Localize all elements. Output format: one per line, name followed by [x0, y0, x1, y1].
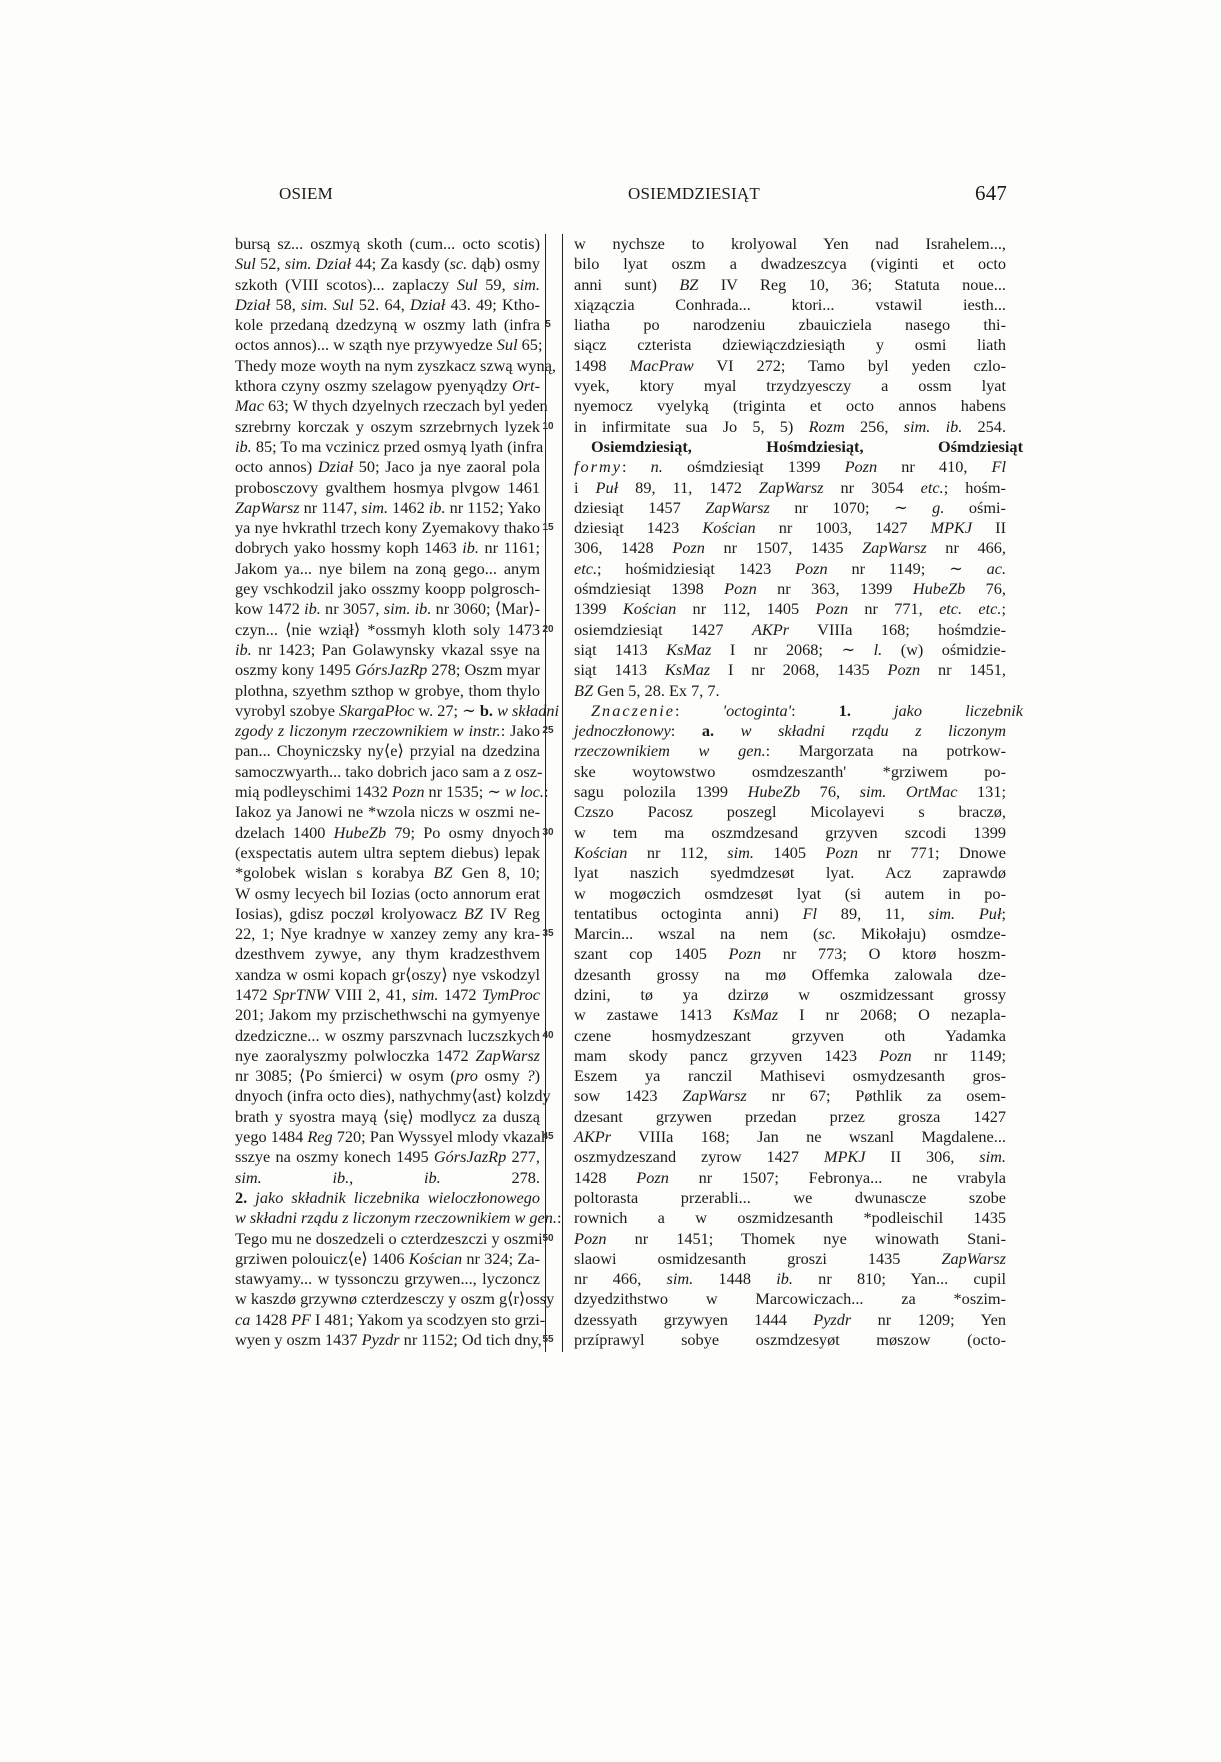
- text-run: Pozn: [574, 1229, 607, 1248]
- text-run: Fl: [992, 457, 1006, 476]
- text-run: 50; Jaco ja nye zaoral pola: [353, 457, 540, 476]
- text-run: dzelach 1400: [235, 823, 334, 842]
- text-run: dziesiąt 1423: [574, 518, 702, 537]
- text-run: ZapWarsz: [862, 538, 927, 557]
- text-run: dzyedzithstwo w Marcowiczach... za *oszi…: [574, 1289, 1006, 1308]
- text-run: ib.: [235, 437, 252, 456]
- text-line: w składni rządu z liczonym rzeczownikiem…: [235, 1208, 540, 1228]
- text-line: nye zaoralyszmy polwloczka 1472 ZapWarsz: [235, 1046, 540, 1066]
- text-line: dzesthvem zywye, any thym kradzesthvem: [235, 944, 540, 964]
- text-run: 58,: [270, 295, 301, 314]
- text-line: dziesiąt 1423 Kościan nr 1003, 1427 MPKJ…: [574, 518, 1006, 538]
- text-line: Eszem ya ranczil Mathisevi osmydzesanth …: [574, 1066, 1006, 1086]
- text-run: szrebrny korczak y oszym szrzebrnych lyz…: [235, 417, 540, 436]
- text-line: w kaszdø grzywnø czterdzesczy y oszm g⟨r…: [235, 1289, 540, 1309]
- text-run: 277,: [506, 1147, 540, 1166]
- text-line: zgody z liczonym rzeczownikiem w instr.:…: [235, 721, 540, 741]
- text-line: ib. 85; To ma vczinicz przed osmyą lyath…: [235, 437, 540, 457]
- text-line: osiemdziesiąt 1427 AKPr VIIIa 168; hośmd…: [574, 620, 1006, 640]
- text-line: mią podleyschimi 1432 Pozn nr 1535; ∼ w …: [235, 782, 540, 802]
- text-line: Osiemdziesiąt, Hośmdziesiąt, Ośmdziesiąt: [574, 437, 1023, 457]
- text-run: BZ: [679, 275, 698, 294]
- text-line: szkoth (VIII scotos)... zaplaczy Sul 59,…: [235, 275, 540, 295]
- text-run: 63; W thych dzyelnych rzeczach byl yeden: [264, 396, 548, 415]
- page-number: 647: [975, 181, 1007, 206]
- text-run: Dział: [410, 295, 445, 314]
- text-run: ośmdziesiąt 1398: [574, 579, 724, 598]
- text-run: 1472: [235, 985, 273, 1004]
- text-run: Pozn: [888, 660, 921, 679]
- text-line: przíprawyl sobye oszmdzesyøt møszow (oct…: [574, 1330, 1006, 1350]
- text-line: pan... Choyniczsky ny⟨e⟩ przyial na dzed…: [235, 741, 540, 761]
- line-number: 50: [534, 1233, 562, 1244]
- text-run: Mac: [235, 396, 264, 415]
- text-run: dobrych yako hossmy koph 1463: [235, 538, 462, 557]
- text-run: Pozn: [845, 457, 878, 476]
- text-run: grziwen polouicz⟨e⟩ 1406: [235, 1249, 409, 1268]
- text-run: Jakom ya... nye bilem na zoną gego... an…: [235, 559, 540, 578]
- text-run: nr 810; Yan... cupil: [793, 1269, 1006, 1288]
- text-run: 720; Pan Wyssyel mlody vkazal: [333, 1127, 546, 1146]
- text-run: HubeZb: [334, 823, 386, 842]
- text-run: PF: [291, 1310, 311, 1329]
- line-number: 25: [534, 725, 562, 736]
- text-line: Znaczenie: 'octoginta': 1. jako liczebni…: [574, 701, 1023, 721]
- text-line: oszmydzeszand zyrow 1427 MPKJ II 306, si…: [574, 1147, 1006, 1167]
- text-run: lyat naszich syedmdzesøt lyat. Acz zapra…: [574, 863, 1006, 882]
- text-line: in infirmitate sua Jo 5, 5) Rozm 256, si…: [574, 417, 1006, 437]
- text-line: w nychsze to krolyowal Yen nad Israhelem…: [574, 234, 1006, 254]
- text-run: sim.: [361, 498, 388, 517]
- text-run: HubeZb: [748, 782, 800, 801]
- text-run: KsMaz: [666, 640, 711, 659]
- text-run: nr 466,: [574, 1269, 667, 1288]
- text-run: 1.: [839, 701, 851, 720]
- text-line: dzesant grzywen przedan przez grosza 142…: [574, 1107, 1006, 1127]
- text-run: ;: [1001, 904, 1006, 923]
- text-run: ZapWarsz: [705, 498, 770, 517]
- text-run: octo annos): [235, 457, 318, 476]
- column-divider-right: [562, 234, 563, 1352]
- text-run: i: [574, 478, 596, 497]
- text-line: sszye na oszmy konech 1495 GórsJazRp 277…: [235, 1147, 540, 1167]
- text-line: yego 1484 Reg 720; Pan Wyssyel mlody vka…: [235, 1127, 540, 1147]
- text-run: Kościan: [409, 1249, 462, 1268]
- text-line: dzini, tø ya dzirzø w oszmidzessant gros…: [574, 985, 1006, 1005]
- text-run: nr 67; Pøthlik za osem-: [747, 1086, 1006, 1105]
- text-run: Czszo Pacosz poszegl Micolayevi s braczø…: [574, 802, 1006, 821]
- text-run: BZ: [574, 681, 593, 700]
- text-run: :: [671, 721, 702, 740]
- text-line: ske woytowstwo osmdzeszanth' *grziwem po…: [574, 762, 1006, 782]
- text-run: nr 3057,: [321, 599, 384, 618]
- text-run: czene hosmydzeszant grzyven oth Yadamka: [574, 1026, 1006, 1045]
- text-run: ca: [235, 1310, 250, 1329]
- text-line: Dział 58, sim. Sul 52. 64, Dział 43. 49;…: [235, 295, 540, 315]
- text-run: sim.: [667, 1269, 694, 1288]
- text-line: w zastawe 1413 KsMaz I nr 2068; O nezapl…: [574, 1005, 1006, 1025]
- text-line: brath y syostra mayą ⟨się⟩ modlycz za du…: [235, 1107, 540, 1127]
- text-line: szrebrny korczak y oszym szrzebrnych lyz…: [235, 417, 540, 437]
- text-run: nr 1451; Thomek nye winowath Stani-: [607, 1229, 1006, 1248]
- text-run: oszmydzeszand zyrow 1427: [574, 1147, 824, 1166]
- text-line: dziesiąt 1457 ZapWarsz nr 1070; ∼ g. ośm…: [574, 498, 1006, 518]
- text-line: i Puł 89, 11, 1472 ZapWarsz nr 3054 etc.…: [574, 478, 1006, 498]
- text-run: poltorasta przerabli... we dwunascze szo…: [574, 1188, 1006, 1207]
- text-run: MacPraw: [630, 356, 694, 375]
- text-run: BZ: [464, 904, 483, 923]
- text-run: IV Reg 10, 36; Statuta noue...: [698, 275, 1006, 294]
- text-line: 1428 Pozn nr 1507; Febronya... ne vrabyl…: [574, 1168, 1006, 1188]
- text-run: mią podleyschimi 1432: [235, 782, 392, 801]
- text-run: 131;: [957, 782, 1006, 801]
- text-run: ZapWarsz: [759, 478, 824, 497]
- text-run: sim. Dział: [285, 254, 351, 273]
- text-run: rzeczownikiem w gen.: [574, 741, 766, 760]
- text-run: 76,: [965, 579, 1006, 598]
- text-run: dzesanth grossy na mø Offemka zalowala d…: [574, 965, 1006, 984]
- text-run: Marcin... wszal na nem (: [574, 924, 818, 943]
- text-line: dnyoch (infra octo dies), nathychmy⟨ast⟩…: [235, 1086, 540, 1106]
- text-line: 1399 Kościan nr 112, 1405 Pozn nr 771, e…: [574, 599, 1006, 619]
- text-run: tentatibus octoginta anni): [574, 904, 803, 923]
- text-run: I nr 2068; ∼: [711, 640, 873, 659]
- text-run: probosczovy gvalthem hosmya plvgow 1461: [235, 478, 540, 497]
- text-line: slaowi osmidzesanth groszi 1435 ZapWarsz: [574, 1249, 1006, 1269]
- left-text-column: bursą sz... oszmyą skoth (cum... octo sc…: [235, 234, 540, 1350]
- text-run: SprTNW: [273, 985, 329, 1004]
- text-run: 43. 49; Ktho-: [445, 295, 540, 314]
- text-run: w. 27; ∼: [414, 701, 480, 720]
- text-run: formy: [574, 457, 622, 476]
- text-run: nr 1149; ∼: [828, 559, 987, 578]
- text-line: siąt 1413 KsMaz I nr 2068; ∼ l. (w) ośmi…: [574, 640, 1006, 660]
- text-run: nr 1451,: [920, 660, 1006, 679]
- text-run: siącz czterista dziewiączdziesiąth y osm…: [574, 335, 1006, 354]
- text-run: Gen 5, 28. Ex 7, 7.: [593, 681, 720, 700]
- text-run: osiemdziesiąt 1427: [574, 620, 752, 639]
- text-run: Mikołaju) osmdze-: [836, 924, 1006, 943]
- text-run: I 481; Yakom ya scodzyen sto grzi-: [311, 1310, 545, 1329]
- text-run: w składni rządu z liczonym: [714, 721, 1006, 740]
- text-run: n.: [651, 457, 663, 476]
- text-line: dzelach 1400 HubeZb 79; Po osmy dnyoch: [235, 823, 540, 843]
- text-line: vyek, ktory myal trzydzyesczy a ossm lya…: [574, 376, 1006, 396]
- text-line: 1498 MacPraw VI 272; Tamo byl yeden czlo…: [574, 356, 1006, 376]
- text-run: sc.: [818, 924, 836, 943]
- text-run: nr 1535; ∼: [424, 782, 505, 801]
- text-run: I nr 2068, 1435: [710, 660, 887, 679]
- text-run: Ort-: [512, 376, 540, 395]
- text-run: Tego mu ne doszedzeli o czterdzeszczi y …: [235, 1229, 543, 1248]
- text-run: Pozn: [879, 1046, 912, 1065]
- text-line: rzeczownikiem w gen.: Margorzata na potr…: [574, 741, 1006, 761]
- text-line: nr 466, sim. 1448 ib. nr 810; Yan... cup…: [574, 1269, 1006, 1289]
- text-line: Jakom ya... nye bilem na zoną gego... an…: [235, 559, 540, 579]
- text-run: sc.: [450, 254, 468, 273]
- text-run: dnyoch (infra octo dies), nathychmy⟨ast⟩…: [235, 1086, 551, 1105]
- text-run: Pozn: [672, 538, 705, 557]
- text-line: 1472 SprTNW VIII 2, 41, sim. 1472 TymPro…: [235, 985, 540, 1005]
- text-run: mam skody pancz grzyven 1423: [574, 1046, 879, 1065]
- text-line: octos annos)... w sząth nye przywyedze S…: [235, 335, 540, 355]
- text-run: nr 1152; Yako: [446, 498, 541, 517]
- text-run: anni sunt): [574, 275, 679, 294]
- text-line: czene hosmydzeszant grzyven oth Yadamka: [574, 1026, 1006, 1046]
- text-run: Pozn: [795, 559, 828, 578]
- text-run: ?: [526, 1066, 534, 1085]
- text-line: nr 3085; ⟨Po śmierci⟩ w osym (pro osmy ?…: [235, 1066, 540, 1086]
- right-text-column: w nychsze to krolyowal Yen nad Israhelem…: [574, 234, 1006, 1350]
- text-run: Sul: [235, 254, 256, 273]
- text-run: siąt 1413: [574, 660, 665, 679]
- text-run: yego 1484: [235, 1127, 307, 1146]
- text-run: Kościan: [702, 518, 755, 537]
- text-run: nr 1209; Yen: [851, 1310, 1006, 1329]
- text-run: brath y syostra mayą ⟨się⟩ modlycz za du…: [235, 1107, 540, 1126]
- text-run: :: [791, 701, 839, 720]
- text-run: nr 1507, 1435: [705, 538, 862, 557]
- text-run: 85; To ma vczinicz przed osmyą lyath (in…: [252, 437, 544, 456]
- dictionary-page: OSIEM OSIEMDZIESIĄT 647 bursą sz... oszm…: [0, 0, 1221, 1762]
- text-run: VIIIa 168; hośmdzie-: [789, 620, 1006, 639]
- text-run: Pozn: [816, 599, 849, 618]
- text-line: jednoczłonowy: a. w składni rządu z licz…: [574, 721, 1006, 741]
- text-run: nr 363, 1399: [757, 579, 913, 598]
- text-run: jednoczłonowy: [574, 721, 671, 740]
- text-line: ca 1428 PF I 481; Yakom ya scodzyen sto …: [235, 1310, 540, 1330]
- text-run: 52,: [256, 254, 285, 273]
- text-line: ośmdziesiąt 1398 Pozn nr 363, 1399 HubeZ…: [574, 579, 1006, 599]
- text-run: gey vschkodzil jako osszmy koopp polgros…: [235, 579, 540, 598]
- text-run: VI 272; Tamo byl yeden czlo-: [694, 356, 1006, 375]
- text-run: 278; Oszm myar: [427, 660, 540, 679]
- text-run: TymProc: [482, 985, 540, 1004]
- text-run: (exspectatis autem ultra septem diebus) …: [235, 843, 540, 862]
- text-run: rownich a w oszmidzesanth *podleischil 1…: [574, 1208, 1006, 1227]
- text-run: w składni rządu z liczonym rzeczownikiem…: [235, 1208, 557, 1227]
- text-line: sim. ib., ib. 278.: [235, 1168, 540, 1188]
- text-run: pro: [456, 1066, 478, 1085]
- text-line: Pozn nr 1451; Thomek nye winowath Stani-: [574, 1229, 1006, 1249]
- text-run: AKPr: [574, 1127, 611, 1146]
- text-run: kole przedaną dzedzyną w oszmy lath (inf…: [235, 315, 540, 334]
- text-line: 201; Jakom my przischethwschi na gymyeny…: [235, 1005, 540, 1025]
- text-run: 59,: [478, 275, 514, 294]
- text-run: bilo lyat oszm a dwadzeszcya (viginti et…: [574, 254, 1006, 273]
- text-run: 1498: [574, 356, 630, 375]
- text-run: nr 112, 1405: [676, 599, 815, 618]
- text-line: oszmy kony 1495 GórsJazRp 278; Oszm myar: [235, 660, 540, 680]
- text-run: kthora czyny oszmy szelagow pyenyądzy: [235, 376, 512, 395]
- text-line: bilo lyat oszm a dwadzeszcya (viginti et…: [574, 254, 1006, 274]
- text-run: nr 771; Dnowe: [858, 843, 1006, 862]
- text-run: Kościan: [623, 599, 676, 618]
- text-run: sim. OrtMac: [860, 782, 958, 801]
- text-line: Iosias), gdisz poczøl krolyowacz BZ IV R…: [235, 904, 540, 924]
- text-run: etc.: [921, 478, 944, 497]
- text-run: w zastawe 1413: [574, 1005, 733, 1024]
- text-run: Pozn: [724, 579, 757, 598]
- text-run: I nr 2068; O nezapla-: [778, 1005, 1006, 1024]
- text-run: sim. ib., ib.: [235, 1168, 441, 1187]
- text-run: bursą sz... oszmyą skoth (cum... octo sc…: [235, 234, 540, 253]
- text-run: nr 773; O ktorø hoszm-: [761, 944, 1006, 963]
- text-run: Pozn: [825, 843, 858, 862]
- text-run: g.: [932, 498, 944, 517]
- text-run: siąt 1413: [574, 640, 666, 659]
- text-run: 1428: [250, 1310, 291, 1329]
- text-run: sim.: [727, 843, 754, 862]
- text-run: nr 3060; ⟨Mar⟩-: [431, 599, 540, 618]
- text-line: Czszo Pacosz poszegl Micolayevi s braczø…: [574, 802, 1006, 822]
- text-line: samoczwyarth... tako dobrich jaco sam a …: [235, 762, 540, 782]
- text-line: ZapWarsz nr 1147, sim. 1462 ib. nr 1152;…: [235, 498, 540, 518]
- text-run: 22, 1; Nye kradnye w xanzey zemy any kra…: [235, 924, 540, 943]
- text-run: Reg: [307, 1127, 332, 1146]
- text-run: 278.: [441, 1168, 540, 1187]
- text-run: 201; Jakom my przischethwschi na gymyeny…: [235, 1005, 540, 1024]
- text-line: mam skody pancz grzyven 1423 Pozn nr 114…: [574, 1046, 1006, 1066]
- text-run: w składni: [493, 701, 559, 720]
- text-run: ya nye hvkrathl trzech kony Zyemakovy th…: [235, 518, 540, 537]
- text-run: 79; Po osmy dnyoch: [386, 823, 540, 842]
- text-run: czyn... ⟨nie wziął⟩ *ossmyh kloth soly 1…: [235, 620, 540, 639]
- text-run: ZapWarsz: [682, 1086, 747, 1105]
- text-line: w tem ma oszmdzesand grzyven szcodi 1399: [574, 823, 1006, 843]
- text-run: dzesthvem zywye, any thym kradzesthvem: [235, 944, 540, 963]
- text-run: nr 3085; ⟨Po śmierci⟩ w osym (: [235, 1066, 456, 1085]
- left-running-head: OSIEM: [279, 184, 333, 204]
- text-run: ; hośm-: [944, 478, 1006, 497]
- text-line: dobrych yako hossmy koph 1463 ib. nr 116…: [235, 538, 540, 558]
- text-run: 44; Za kasdy (: [351, 254, 450, 273]
- text-run: dziesiąt 1457: [574, 498, 705, 517]
- text-line: probosczovy gvalthem hosmya plvgow 1461: [235, 478, 540, 498]
- text-line: *golobek wislan s korabya BZ Gen 8, 10;: [235, 863, 540, 883]
- text-run: nr 1161;: [479, 538, 540, 557]
- text-line: czyn... ⟨nie wziął⟩ *ossmyh kloth soly 1…: [235, 620, 540, 640]
- text-run: : Margorzata na potrkow-: [766, 741, 1006, 760]
- text-line: nyemocz vyelyką (triginta et octo annos …: [574, 396, 1006, 416]
- text-line: octo annos) Dział 50; Jaco ja nye zaoral…: [235, 457, 540, 477]
- text-line: dzyedzithstwo w Marcowiczach... za *oszi…: [574, 1289, 1006, 1309]
- text-line: kow 1472 ib. nr 3057, sim. ib. nr 3060; …: [235, 599, 540, 619]
- text-run: w tem ma oszmdzesand grzyven szcodi 1399: [574, 823, 1006, 842]
- text-run: Sul: [497, 335, 518, 354]
- text-run: nr 410,: [877, 457, 991, 476]
- text-run: wyen y oszm 1437: [235, 1330, 362, 1349]
- text-run: Pozn: [392, 782, 425, 801]
- text-run: Puł: [596, 478, 619, 497]
- text-line: Thedy moze woyth na nym zyszkacz szwą wy…: [235, 356, 540, 376]
- line-number: 20: [534, 624, 562, 635]
- text-line: xiązączia Conhrada... ktori... vstawil i…: [574, 295, 1006, 315]
- text-run: 65;: [518, 335, 543, 354]
- text-run: 2.: [235, 1188, 247, 1207]
- text-run: w kaszdø grzywnø czterdzesczy y oszm g⟨r…: [235, 1289, 554, 1308]
- text-line: ya nye hvkrathl trzech kony Zyemakovy th…: [235, 518, 540, 538]
- text-run: nr 1423; Pan Golawynsky vkazal ssye na: [252, 640, 540, 659]
- text-line: Mac 63; W thych dzyelnych rzeczach byl y…: [235, 396, 540, 416]
- text-line: lyat naszich syedmdzesøt lyat. Acz zapra…: [574, 863, 1006, 883]
- text-run: w mogøczich osmdzesøt lyat (si autem in …: [574, 884, 1006, 903]
- text-run: w loc.: [505, 782, 544, 801]
- line-number: 15: [534, 522, 562, 533]
- text-run: Pyzdr: [813, 1310, 851, 1329]
- line-number: 30: [534, 827, 562, 838]
- text-run: vyek, ktory myal trzydzyesczy a ossm lya…: [574, 376, 1006, 395]
- text-run: vyrobyl szobye: [235, 701, 339, 720]
- text-run: szant cop 1405: [574, 944, 729, 963]
- text-run: ske woytowstwo osmdzeszanth' *grziwem po…: [574, 762, 1006, 781]
- text-line: Iakoz ya Janowi ne *wzola niczs w oszmi …: [235, 802, 540, 822]
- text-run: zgody z liczonym rzeczownikiem w instr.: [235, 721, 501, 740]
- text-run: 52. 64,: [354, 295, 410, 314]
- text-run: ac.: [987, 559, 1006, 578]
- text-line: grziwen polouicz⟨e⟩ 1406 Kościan nr 324;…: [235, 1249, 540, 1269]
- text-run: a.: [702, 721, 714, 740]
- text-run: VIIIa 168; Jan ne wszanl Magdalene...: [611, 1127, 1006, 1146]
- text-run: sszye na oszmy konech 1495: [235, 1147, 434, 1166]
- text-line: etc.; hośmidziesiąt 1423 Pozn nr 1149; ∼…: [574, 559, 1006, 579]
- text-run: GórsJazRp: [355, 660, 427, 679]
- text-line: Tego mu ne doszedzeli o czterdzeszczi y …: [235, 1229, 540, 1249]
- text-run: 1462: [388, 498, 429, 517]
- text-run: jako liczebnik: [851, 701, 1023, 720]
- text-run: ośmdziesiąt 1399: [663, 457, 845, 476]
- text-line: stawyamy... w tyssonczu grzywen..., lycz…: [235, 1269, 540, 1289]
- text-run: Kościan: [574, 843, 627, 862]
- text-run: ZapWarsz: [235, 498, 300, 517]
- line-number: 10: [534, 421, 562, 432]
- text-run: 1448: [693, 1269, 776, 1288]
- text-run: sim. ib.: [904, 417, 963, 436]
- text-run: AKPr: [752, 620, 789, 639]
- text-run: MPKJ: [824, 1147, 866, 1166]
- text-run: BZ: [433, 863, 452, 882]
- text-run: Pozn: [729, 944, 762, 963]
- text-line: siącz czterista dziewiączdziesiąth y osm…: [574, 335, 1006, 355]
- text-line: szant cop 1405 Pozn nr 773; O ktorø hosz…: [574, 944, 1006, 964]
- text-run: szkoth (VIII scotos)... zaplaczy: [235, 275, 457, 294]
- text-line: BZ Gen 5, 28. Ex 7, 7.: [574, 681, 1006, 701]
- text-run: KsMaz: [733, 1005, 778, 1024]
- text-run: xiązączia Conhrada... ktori... vstawil i…: [574, 295, 1006, 314]
- text-run: II: [972, 518, 1006, 537]
- text-line: Kościan nr 112, sim. 1405 Pozn nr 771; D…: [574, 843, 1006, 863]
- text-run: Osiemdziesiąt, Hośmdziesiąt, Ośmdziesiąt: [591, 437, 1023, 456]
- text-run: nr 112,: [627, 843, 727, 862]
- text-line: w mogøczich osmdzesøt lyat (si autem in …: [574, 884, 1006, 904]
- line-number: 35: [534, 928, 562, 939]
- text-run: ZapWarsz: [941, 1249, 1006, 1268]
- text-line: sow 1423 ZapWarsz nr 67; Pøthlik za osem…: [574, 1086, 1006, 1106]
- text-run: 1428: [574, 1168, 636, 1187]
- text-run: nr 324; Za-: [462, 1249, 540, 1268]
- text-run: nye zaoralyszmy polwloczka 1472: [235, 1046, 475, 1065]
- text-line: sagu polozila 1399 HubeZb 76, sim. OrtMa…: [574, 782, 1006, 802]
- text-run: osmy: [478, 1066, 527, 1085]
- text-run: sim. Puł: [928, 904, 1001, 923]
- text-run: etc. etc.: [939, 599, 1001, 618]
- text-run: *golobek wislan s korabya: [235, 863, 433, 882]
- text-run: (w) ośmidzie-: [882, 640, 1006, 659]
- text-line: poltorasta przerabli... we dwunascze szo…: [574, 1188, 1006, 1208]
- text-run: ;: [1001, 599, 1006, 618]
- text-run: ib.: [776, 1269, 793, 1288]
- text-run: w nychsze to krolyowal Yen nad Israhelem…: [574, 234, 1006, 253]
